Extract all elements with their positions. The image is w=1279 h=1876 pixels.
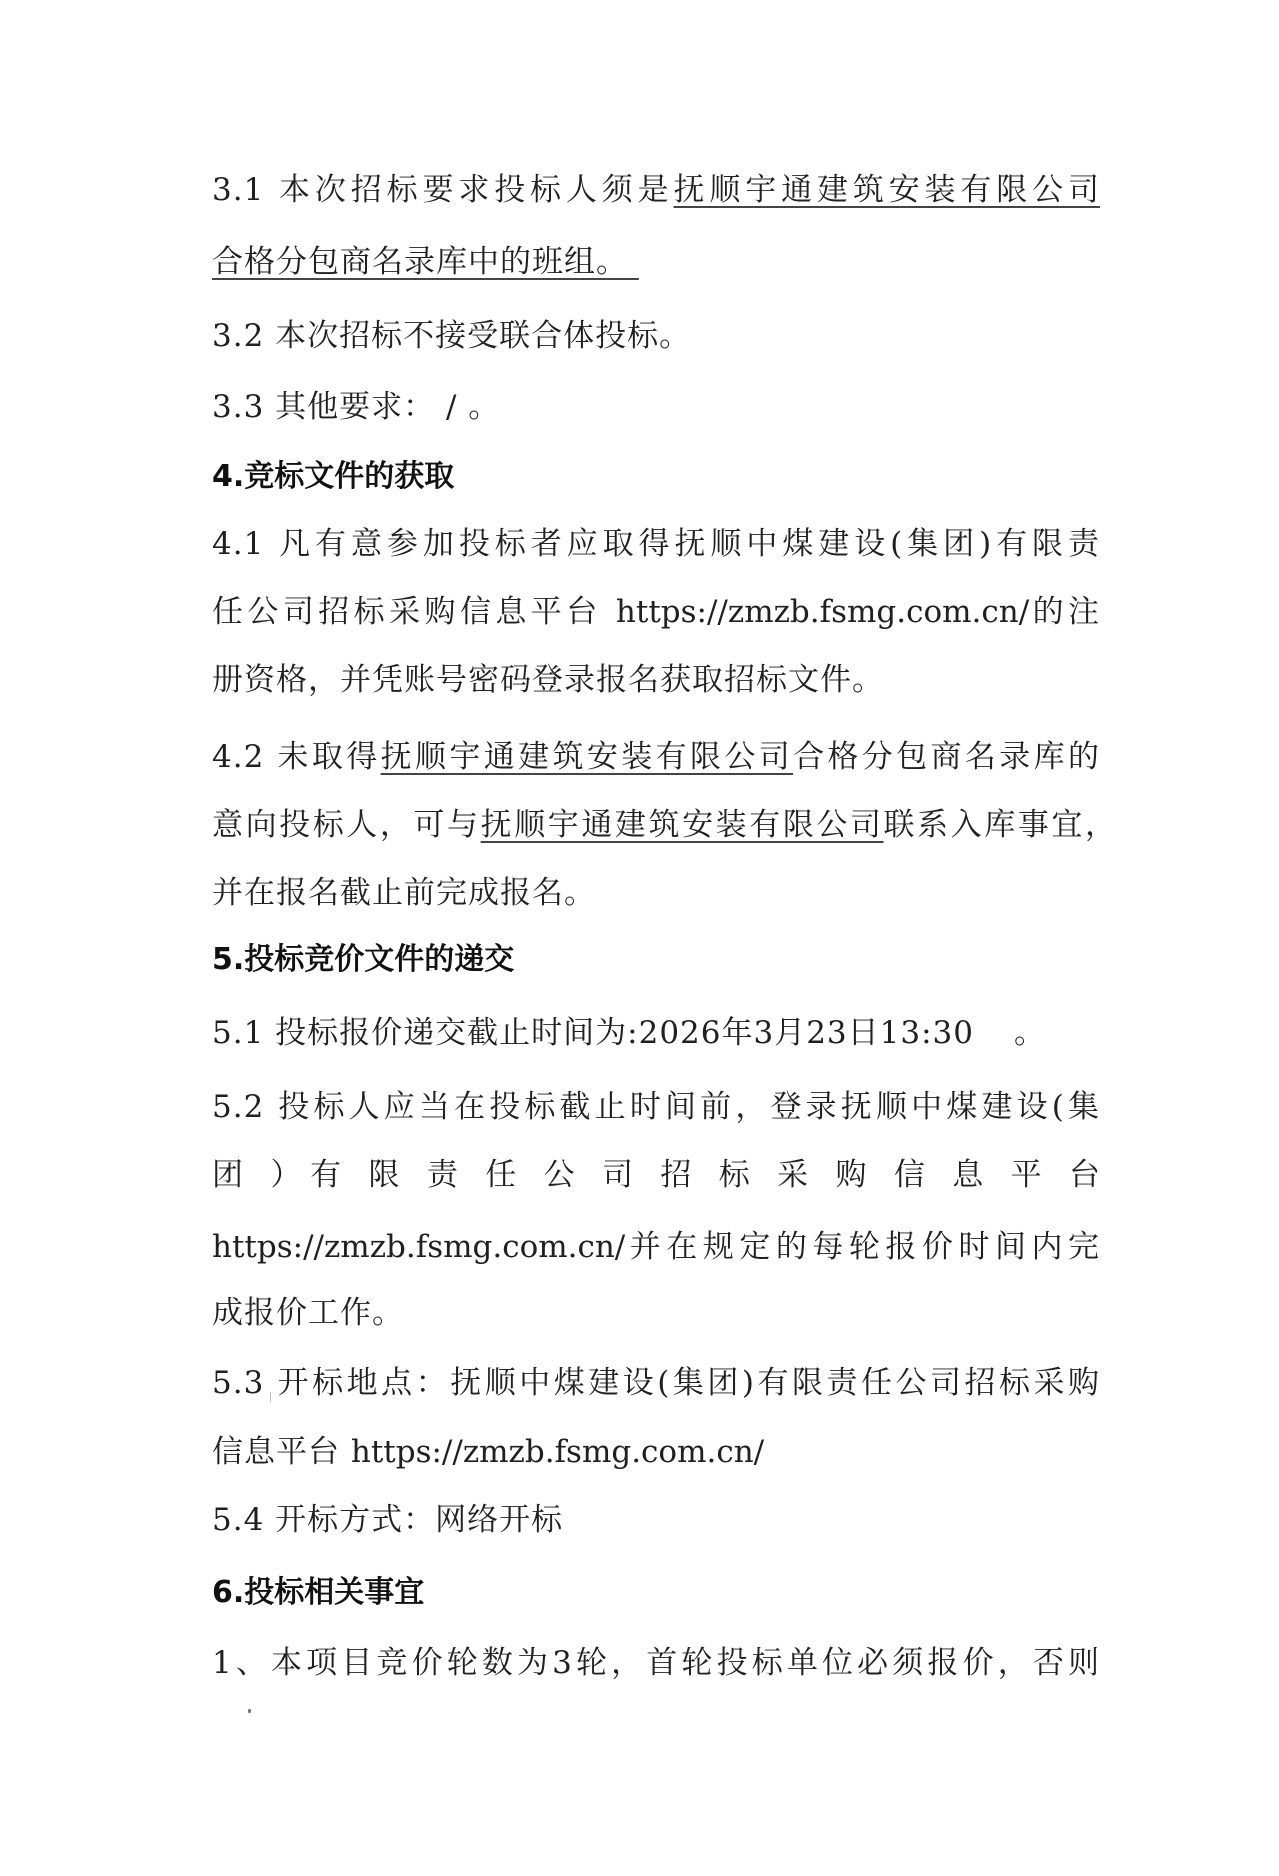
submission-deadline: 5.1 投标报价递交截止时间为:2026年3月23日13:30 <box>212 1015 974 1051</box>
item-5-2-line-1: 5.2 投标人应当在投标截止时间前，登录抚顺中煤建设(集 <box>212 1085 1100 1129</box>
section-4-heading: 4.竞标文件的获取 <box>212 455 1100 499</box>
item-6-1-line-1: 1、本项目竞价轮数为3轮，首轮投标单位必须报价，否则 <box>212 1641 1100 1685</box>
item-3-1-prefix: 3.1 本次招标要求投标人须是 <box>212 172 674 208</box>
item-4-1-line-2: 任公司招标采购信息平台 https://zmzb.fsmg.com.cn/的注 <box>212 590 1100 634</box>
company-name-underlined: 抚顺宇通建筑安装有限公司 <box>481 807 884 843</box>
item-5-1: 5.1 投标报价递交截止时间为:2026年3月23日13:30。 <box>212 1011 1100 1055</box>
item-4-1-line-2-suffix: 的注 <box>1029 594 1100 630</box>
company-name-underlined: 抚顺宇通建筑安装有限公司 <box>381 739 793 775</box>
item-5-2-line-2: 团 ）有 限 责 任 公 司 招 标 采 购 信 息 平 台 <box>212 1153 1100 1197</box>
platform-label: 信息平台 <box>212 1434 351 1470</box>
item-4-2-line-2-suffix: 联系入库事宜， <box>884 807 1117 843</box>
company-name-underlined: 抚顺宇通建筑安装有限公司 <box>674 172 1100 208</box>
item-4-1-line-1: 4.1 凡有意参加投标者应取得抚顺中煤建设(集团)有限责 <box>212 522 1100 566</box>
section-6-heading: 6.投标相关事宜 <box>212 1571 1100 1615</box>
item-4-2-line-2-prefix: 意向投标人，可与 <box>212 807 481 843</box>
item-3-2: 3.2 本次招标不接受联合体投标。 <box>212 314 1100 358</box>
platform-url-link[interactable]: https://zmzb.fsmg.com.cn/ <box>212 1229 625 1265</box>
section-5-heading: 5.投标竞价文件的递交 <box>212 938 1100 982</box>
item-4-2-prefix: 4.2 未取得 <box>212 739 381 775</box>
item-4-2-line-3: 并在报名截止前完成报名。 <box>212 871 1100 915</box>
item-5-2-line-3-suffix: 并在规定的每轮报价时间内完 <box>625 1229 1100 1265</box>
subcontractor-library-underlined: 合格分包商名录库中的班组。 <box>212 244 628 280</box>
item-4-2-line-2: 意向投标人，可与抚顺宇通建筑安装有限公司联系入库事宜， <box>212 803 1117 847</box>
item-3-3: 3.3 其他要求： / 。 <box>212 385 1100 429</box>
item-5-1-end-mark: 。 <box>1014 1015 1046 1051</box>
item-5-3-line-1: 5.3 开标地点：抚顺中煤建设(集团)有限责任公司招标采购 <box>212 1361 1100 1405</box>
platform-label: 任公司招标采购信息平台 <box>212 594 616 630</box>
platform-url-link[interactable]: https://zmzb.fsmg.com.cn/ <box>351 1434 764 1470</box>
item-4-2-line-1-suffix: 合格分包商名录库的 <box>793 739 1100 775</box>
item-3-1-line-1: 3.1 本次招标要求投标人须是抚顺宇通建筑安装有限公司 <box>212 168 1100 212</box>
item-4-1-line-3: 册资格，并凭账号密码登录报名获取招标文件。 <box>212 658 1100 702</box>
item-4-2-line-1: 4.2 未取得抚顺宇通建筑安装有限公司合格分包商名录库的 <box>212 735 1100 779</box>
document-page: 3.1 本次招标要求投标人须是抚顺宇通建筑安装有限公司 合格分包商名录库中的班组… <box>0 0 1279 1876</box>
item-3-1-line-2: 合格分包商名录库中的班组。 <box>212 240 1100 284</box>
platform-url-link[interactable]: https://zmzb.fsmg.com.cn/ <box>616 594 1029 630</box>
scan-artifact <box>248 1709 251 1713</box>
item-5-4: 5.4 开标方式：网络开标 <box>212 1498 1100 1542</box>
scan-artifact <box>270 1392 271 1402</box>
item-5-3-line-2: 信息平台 https://zmzb.fsmg.com.cn/ <box>212 1430 1100 1474</box>
item-5-2-line-4: 成报价工作。 <box>212 1291 1100 1335</box>
item-5-2-line-3: https://zmzb.fsmg.com.cn/并在规定的每轮报价时间内完 <box>212 1225 1100 1269</box>
